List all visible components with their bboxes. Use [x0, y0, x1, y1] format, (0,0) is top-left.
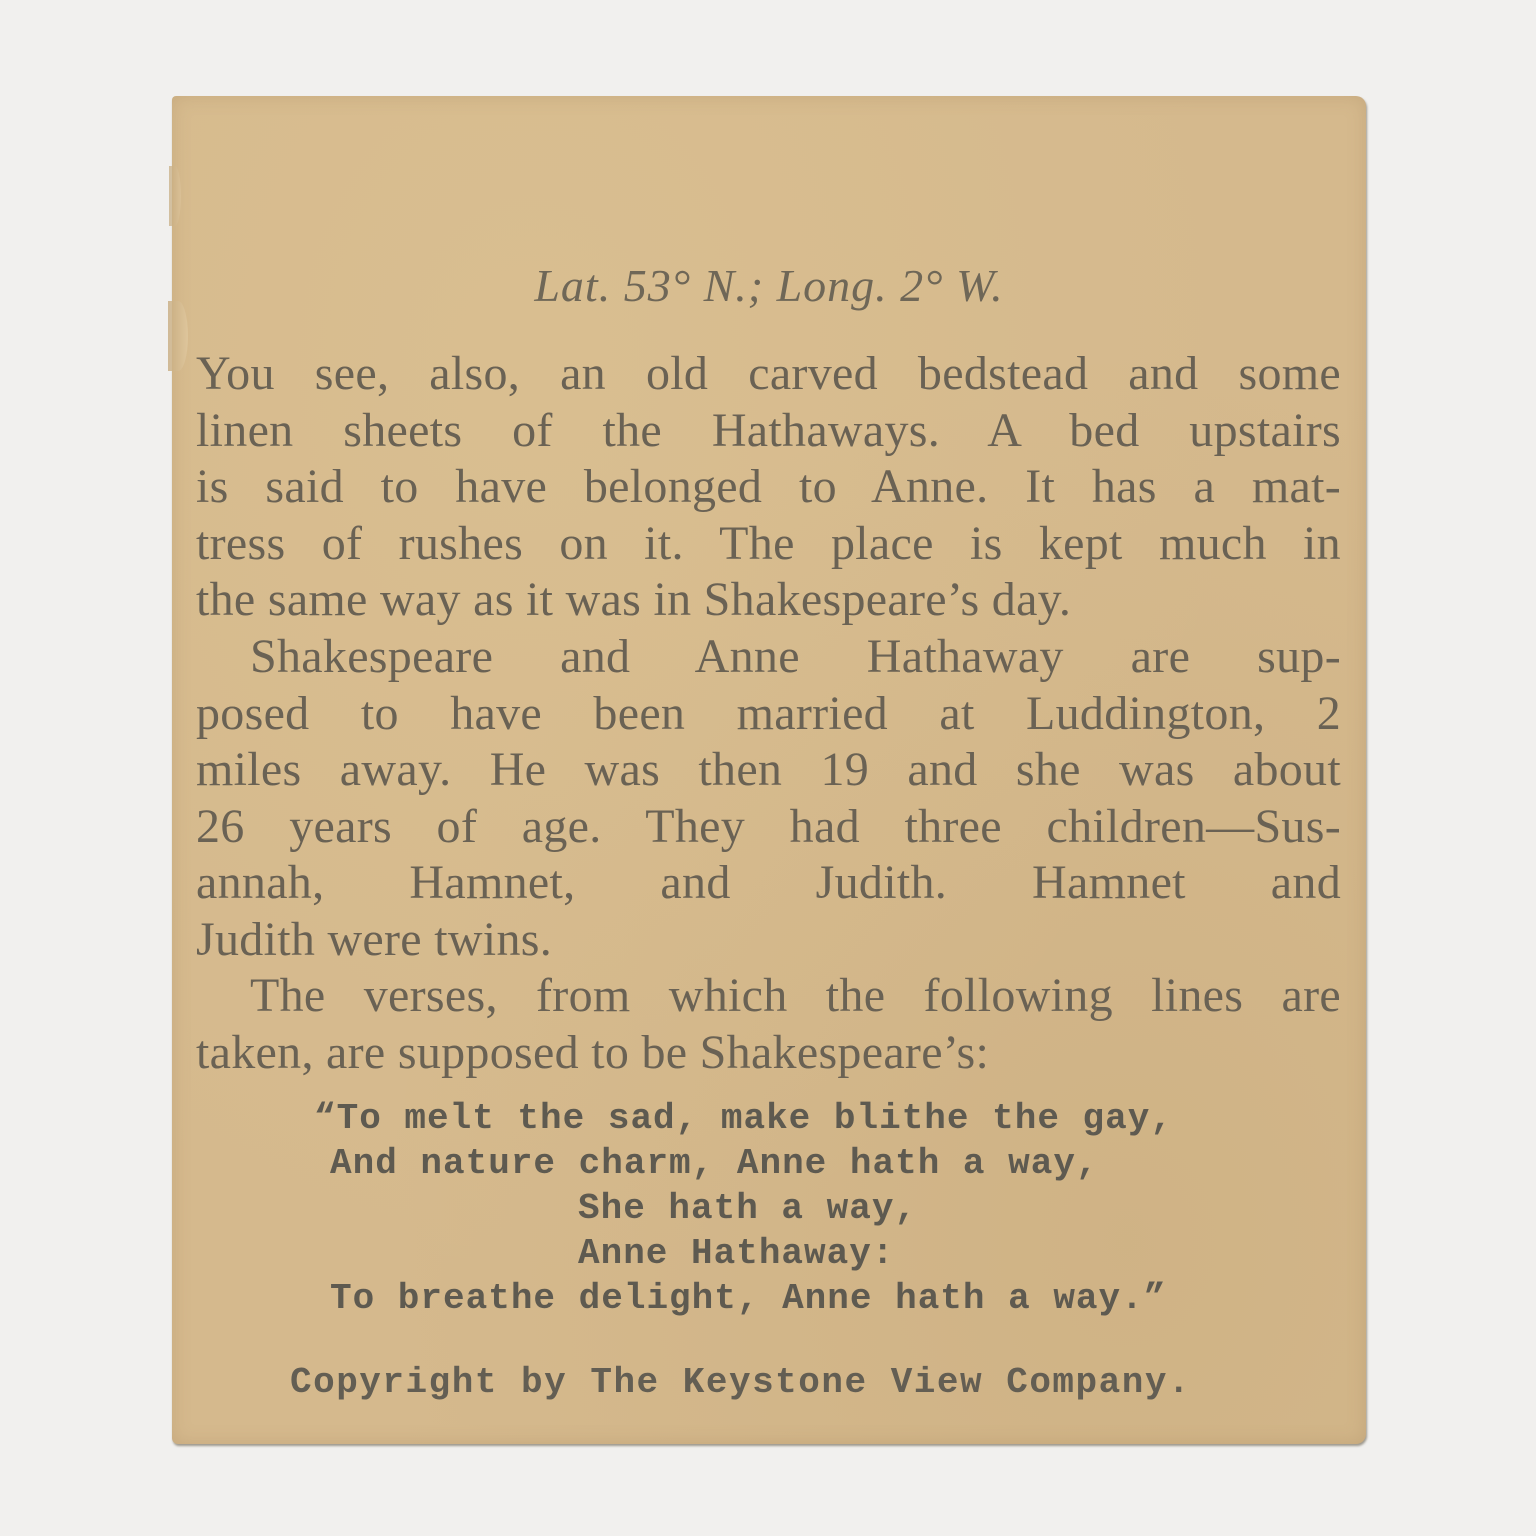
torn-edge	[169, 166, 181, 226]
verse-line: And nature charm, Anne hath a way,	[172, 1141, 1366, 1186]
copyright-notice: Copyright by The Keystone View Company.	[290, 1362, 1191, 1403]
text-line: Judith were twins.	[196, 912, 1341, 969]
text-line: annah, Hamnet, and Judith. Hamnet and	[196, 855, 1341, 912]
text-line: miles away. He was then 19 and she was a…	[196, 742, 1341, 799]
text-line: is said to have belonged to Anne. It has…	[196, 459, 1341, 516]
verse-line: Anne Hathaway:	[172, 1231, 1366, 1276]
verse-line: “To melt the sad, make blithe the gay,	[172, 1096, 1366, 1141]
paragraph-verses-intro: The verses, from which the following lin…	[196, 968, 1341, 1081]
text-line: posed to have been married at Luddington…	[196, 686, 1341, 743]
paragraph-bedstead: You see, also, an old carved bedstead an…	[196, 346, 1341, 629]
coordinates-heading: Lat. 53° N.; Long. 2° W.	[172, 259, 1366, 312]
text-line: 26 years of age. They had three children…	[196, 799, 1341, 856]
verse-quote: “To melt the sad, make blithe the gay, A…	[172, 1096, 1366, 1321]
verse-line: She hath a way,	[172, 1186, 1366, 1231]
text-line: Shakespeare and Anne Hathaway are sup-	[196, 629, 1341, 686]
text-line: the same way as it was in Shakespeare’s …	[196, 572, 1341, 629]
text-line: The verses, from which the following lin…	[196, 968, 1341, 1025]
text-line: You see, also, an old carved bedstead an…	[196, 346, 1341, 403]
text-line: taken, are supposed to be Shakespeare’s:	[196, 1025, 1341, 1082]
text-line: tress of rushes on it. The place is kept…	[196, 516, 1341, 573]
verse-line: To breathe delight, Anne hath a way.”	[172, 1276, 1366, 1321]
stereo-card-back: Lat. 53° N.; Long. 2° W. You see, also, …	[172, 96, 1366, 1444]
paragraph-marriage: Shakespeare and Anne Hathaway are sup- p…	[196, 629, 1341, 968]
text-line: linen sheets of the Hathaways. A bed ups…	[196, 403, 1341, 460]
